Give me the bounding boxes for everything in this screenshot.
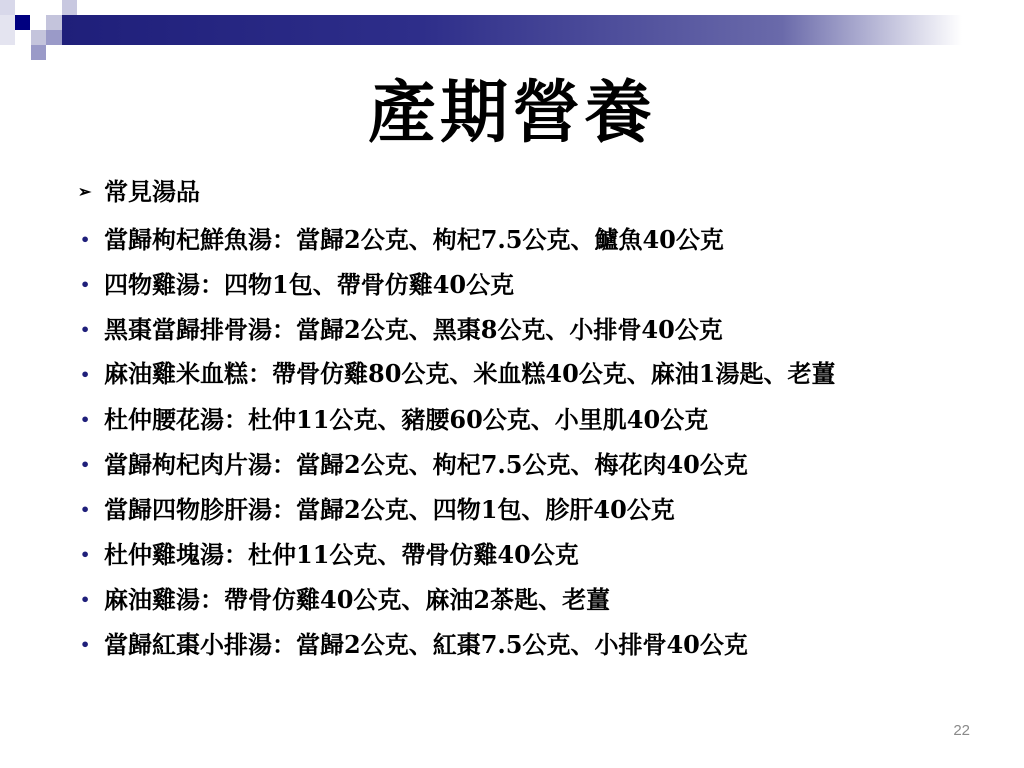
list-item: • 當歸枸杞鮮魚湯：當歸2公克、枸杞7.5公克、鱸魚40公克 [78, 220, 978, 260]
section-heading: ➢ 常見湯品 [78, 176, 978, 208]
deco-square [46, 15, 62, 30]
list-item-text: 黑棗當歸排骨湯：當歸2公克、黑棗8公克、小排骨40公克 [104, 310, 964, 350]
list-item-text: 麻油雞湯：帶骨仿雞40公克、麻油2茶匙、老薑 [104, 580, 964, 620]
list-item-text: 四物雞湯：四物1包、帶骨仿雞40公克 [104, 265, 964, 305]
dot-bullet-icon: • [78, 535, 104, 575]
list-item-text: 杜仲雞塊湯：杜仲11公克、帶骨仿雞40公克 [104, 535, 964, 575]
dot-bullet-icon: • [78, 490, 104, 530]
page-number: 22 [930, 722, 970, 739]
list-item: • 麻油雞米血糕：帶骨仿雞80公克、米血糕40公克、麻油1湯匙、老薑 [78, 355, 978, 395]
section-heading-text: 常見湯品 [104, 176, 200, 208]
header-gradient-bar [62, 15, 962, 45]
list-item: • 杜仲雞塊湯：杜仲11公克、帶骨仿雞40公克 [78, 535, 978, 575]
dot-bullet-icon: • [78, 445, 104, 485]
list-item-text: 當歸枸杞肉片湯：當歸2公克、枸杞7.5公克、梅花肉40公克 [104, 445, 964, 485]
list-item: • 杜仲腰花湯：杜仲11公克、豬腰60公克、小里肌40公克 [78, 400, 978, 440]
deco-square [0, 15, 15, 45]
list-item-text: 杜仲腰花湯：杜仲11公克、豬腰60公克、小里肌40公克 [104, 400, 964, 440]
dot-bullet-icon: • [78, 220, 104, 260]
deco-square [15, 15, 30, 30]
list-item: • 黑棗當歸排骨湯：當歸2公克、黑棗8公克、小排骨40公克 [78, 310, 978, 350]
arrow-bullet-icon: ➢ [78, 176, 104, 208]
deco-square [0, 0, 15, 15]
deco-square [31, 30, 46, 45]
list-item: • 當歸枸杞肉片湯：當歸2公克、枸杞7.5公克、梅花肉40公克 [78, 445, 978, 485]
dot-bullet-icon: • [78, 580, 104, 620]
list-item: • 四物雞湯：四物1包、帶骨仿雞40公克 [78, 265, 978, 305]
deco-square [62, 0, 77, 15]
list-item-text: 麻油雞米血糕：帶骨仿雞80公克、米血糕40公克、麻油1湯匙、老薑 [104, 355, 954, 392]
deco-square [46, 30, 62, 45]
dot-bullet-icon: • [78, 355, 104, 395]
list-item-text: 當歸枸杞鮮魚湯：當歸2公克、枸杞7.5公克、鱸魚40公克 [104, 220, 964, 260]
dot-bullet-icon: • [78, 625, 104, 665]
dot-bullet-icon: • [78, 310, 104, 350]
dot-bullet-icon: • [78, 400, 104, 440]
dot-bullet-icon: • [78, 265, 104, 305]
list-item-text: 當歸四物胗肝湯：當歸2公克、四物1包、胗肝40公克 [104, 490, 964, 530]
list-item: • 當歸四物胗肝湯：當歸2公克、四物1包、胗肝40公克 [78, 490, 978, 530]
list-item-text: 當歸紅棗小排湯：當歸2公克、紅棗7.5公克、小排骨40公克 [104, 625, 964, 665]
list-item: • 麻油雞湯：帶骨仿雞40公克、麻油2茶匙、老薑 [78, 580, 978, 620]
slide-title: 產期營養 [0, 68, 1024, 158]
slide-content: ➢ 常見湯品 • 當歸枸杞鮮魚湯：當歸2公克、枸杞7.5公克、鱸魚40公克 • … [78, 176, 978, 670]
deco-square [31, 45, 46, 60]
list-item: • 當歸紅棗小排湯：當歸2公克、紅棗7.5公克、小排骨40公克 [78, 625, 978, 665]
